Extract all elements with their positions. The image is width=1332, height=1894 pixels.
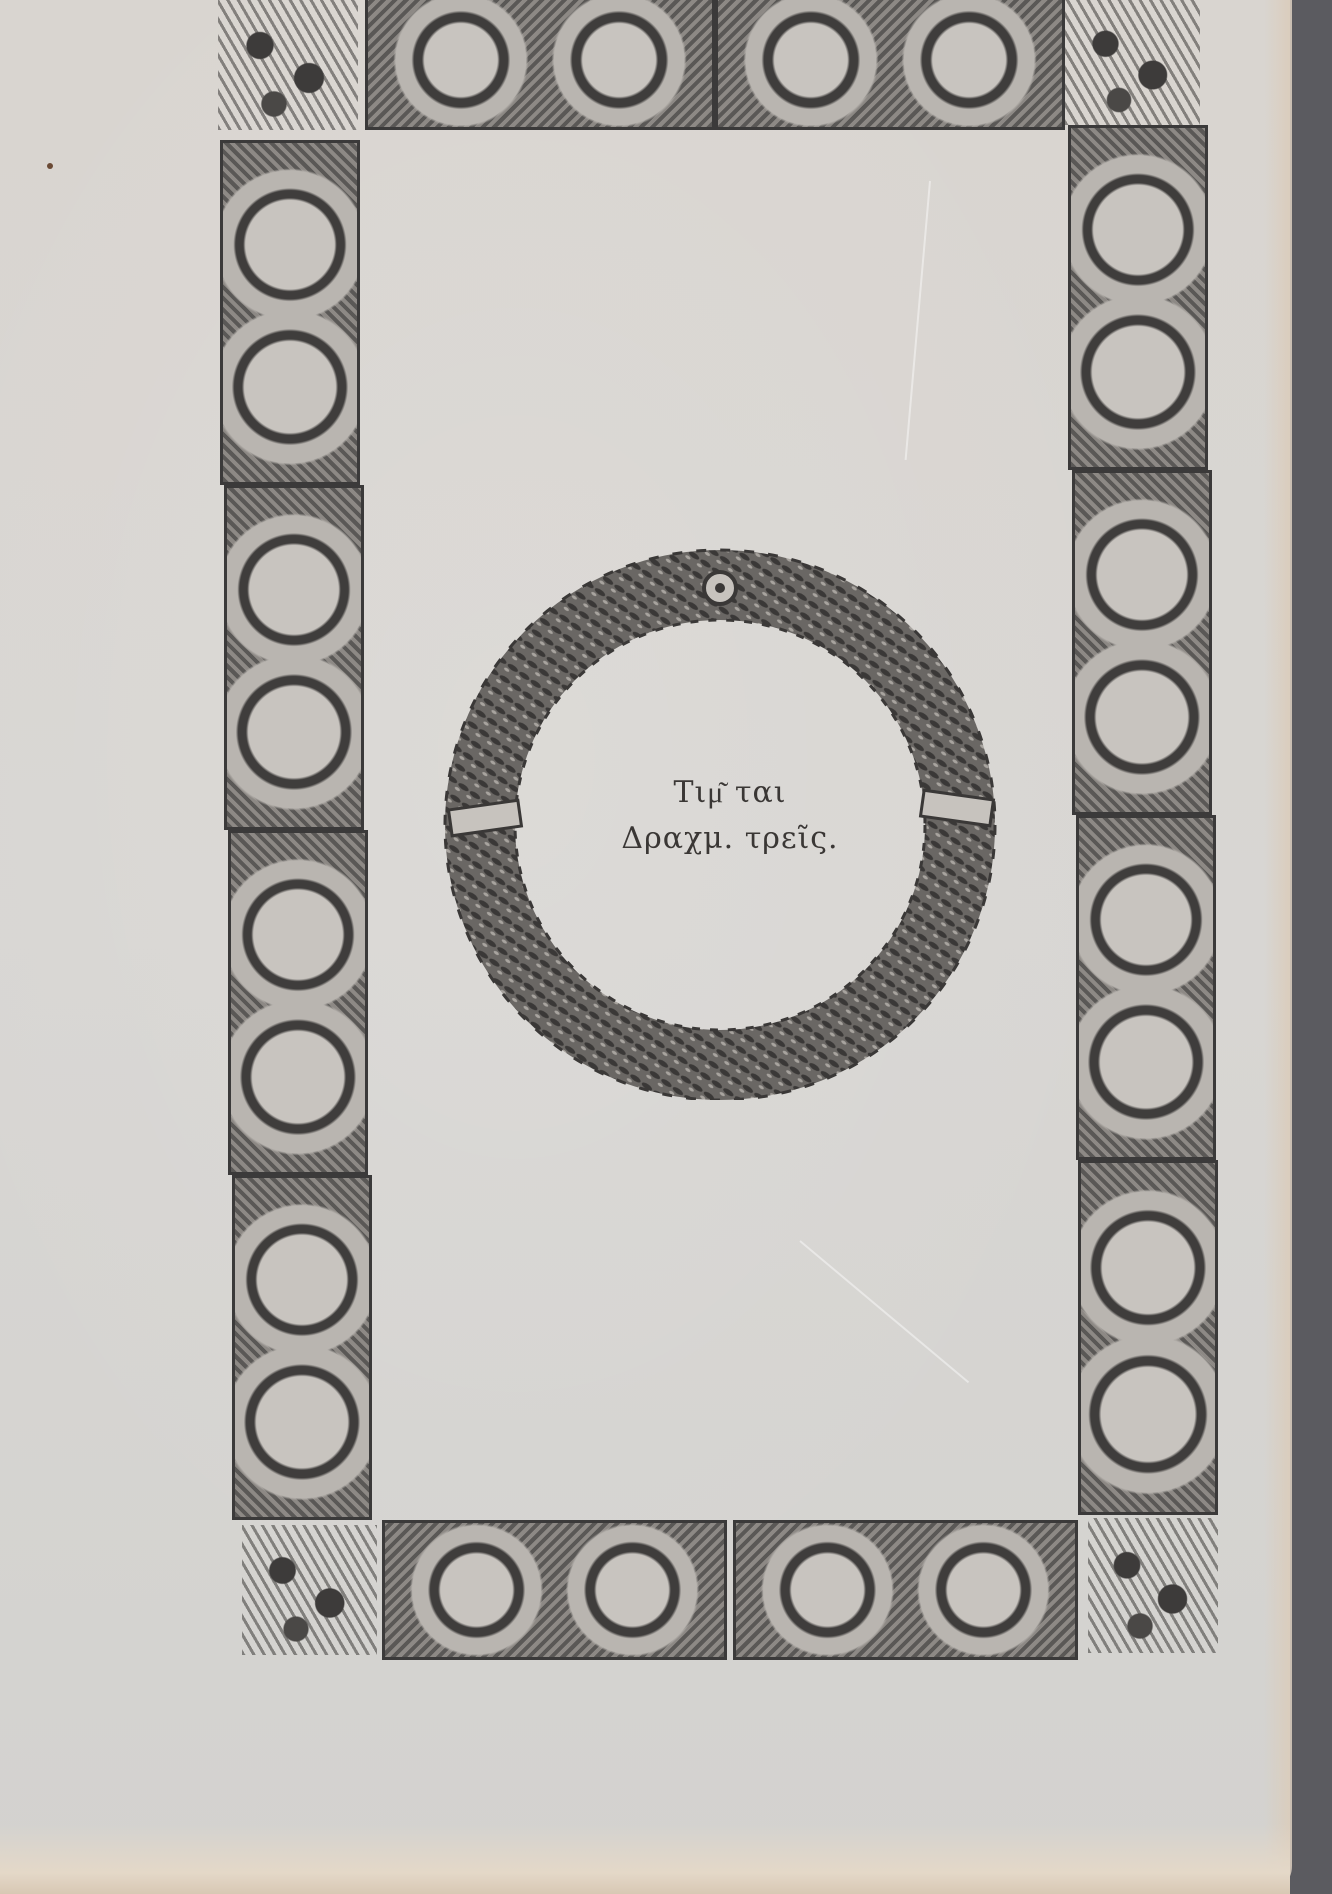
border-corner-top-left bbox=[218, 0, 358, 130]
border-tile-right bbox=[1076, 815, 1216, 1160]
border-tile-left bbox=[224, 485, 364, 830]
border-tile-right bbox=[1068, 125, 1208, 470]
border-tile-left bbox=[220, 140, 360, 485]
ink-spot bbox=[47, 163, 53, 169]
price-line-2: Δραχμ. τρεῖς. bbox=[580, 816, 880, 862]
price-line-1: Τιμ͂ ται bbox=[580, 770, 880, 816]
border-tile-left bbox=[232, 1175, 372, 1520]
border-tile-right bbox=[1072, 470, 1212, 815]
border-corner-bottom-left bbox=[242, 1525, 377, 1655]
border-tile-right bbox=[1078, 1160, 1218, 1515]
border-tile-bottom bbox=[733, 1520, 1078, 1660]
border-tile-top bbox=[365, 0, 715, 130]
border-corner-top-right bbox=[1065, 0, 1200, 125]
worn-bottom-edge bbox=[0, 1824, 1290, 1894]
price-label: Τιμ͂ ται Δραχμ. τρεῖς. bbox=[580, 770, 880, 862]
border-tile-bottom bbox=[382, 1520, 727, 1660]
page-right-edge bbox=[1264, 0, 1290, 1894]
book-cover-page: Τιμ͂ ται Δραχμ. τρεῖς. bbox=[0, 0, 1292, 1894]
border-corner-bottom-right bbox=[1088, 1518, 1218, 1653]
paper-crease bbox=[905, 181, 931, 460]
border-tile-left bbox=[228, 830, 368, 1175]
border-tile-top bbox=[715, 0, 1065, 130]
paper-crease bbox=[799, 1240, 969, 1383]
